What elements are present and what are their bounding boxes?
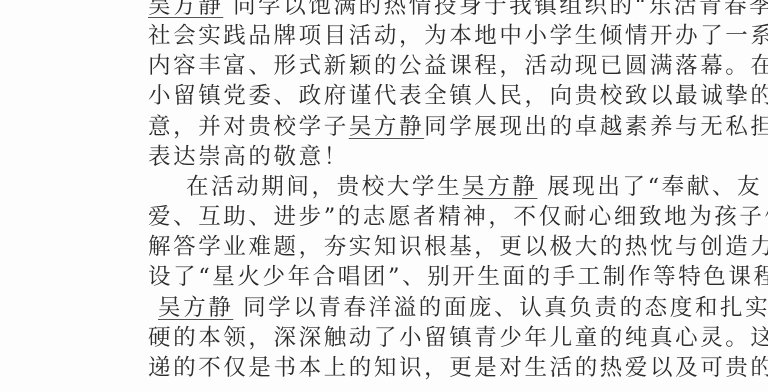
document-page: 吴方静 同学以饱满的热情投身于我镇组织的“乐活青春季 社会实践品牌项目活动，为本… [0,0,768,392]
text-segment: 同学以饱满的热情投身于我镇组织的“乐活青春季 [223,0,768,19]
text-line-3: 内容丰富、形式新颖的公益课程，活动现已圆满落幕。在此， [148,52,628,80]
text-segment: 在活动期间，贵校大学生 [186,174,462,200]
text-line-1: 吴方静 同学以饱满的热情投身于我镇组织的“乐活青春季 [148,0,628,20]
student-name: 吴方静 [349,114,424,140]
text-line-4: 小留镇党委、政府谨代表全镇人民，向贵校致以最诚挚的谢 [148,82,628,110]
text-line-6: 表达崇高的敬意！ [148,143,628,171]
text-line-12: 硬的本领，深深触动了小留镇青少年儿童的纯真心灵。这传 [148,324,628,352]
text-line-5: 意，并对贵校学子吴方静同学展现出的卓越素养与无私担当 [148,113,628,141]
text-line-2: 社会实践品牌项目活动，为本地中小学生倾情开办了一系列 [148,22,628,50]
text-segment: 同学展现出的卓越素养与无私担当 [424,114,768,140]
text-segment: 意，并对贵校学子 [148,114,349,140]
text-line-8: 爱、互助、进步”的志愿者精神，不仅耐心细致地为孩子们 [148,203,628,231]
text-line-7: 在活动期间，贵校大学生吴方静 展现出了“奉献、友 [186,173,666,201]
text-line-11: 吴方静 同学以青春洋溢的面庞、认真负责的态度和扎实过 [148,294,628,322]
student-name: 吴方静 [462,174,537,200]
student-name: 吴方静 [148,0,223,19]
text-segment: 展现出了“奉献、友 [537,174,762,200]
text-line-9: 解答学业难题，夯实知识根基，更以极大的热忱与创造力开 [148,233,628,261]
text-segment: 同学以青春洋溢的面庞、认真负责的态度和扎实过 [233,295,768,321]
text-line-13: 递的不仅是书本上的知识，更是对生活的热爱以及可贵的协 [148,354,628,382]
student-name: 吴方静 [158,295,233,321]
text-line-10: 设了“星火少年合唱团”、别开生面的手工制作等特色课程。 [148,263,628,291]
